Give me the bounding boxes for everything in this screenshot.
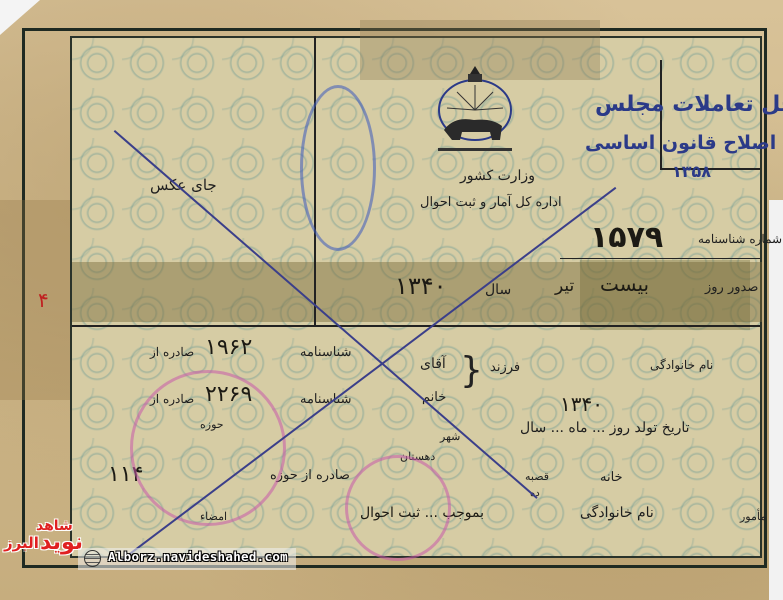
section-divider: [72, 325, 760, 327]
number-underline: [560, 258, 760, 259]
site-logo: شاهد نوید البرز: [4, 518, 82, 562]
family-name-label: نام خانوادگی: [650, 358, 713, 372]
village-label: قصبه: [525, 470, 549, 483]
stain-left: [0, 200, 70, 400]
father-id-label: شناسنامه: [300, 345, 352, 360]
brace: {: [460, 350, 483, 391]
father-label: آقای: [420, 356, 446, 372]
lion-and-sun-emblem: [432, 60, 518, 156]
header-line1: محل تعاملات مجلس: [595, 92, 783, 117]
issue-day-label: صدور روز: [705, 280, 758, 295]
father-id: ۱۹۶۲: [205, 335, 252, 360]
registrar-label: مأمور: [740, 510, 766, 523]
certificate-number-label: شماره شناسنامه: [698, 232, 782, 246]
child-of-label: فرزند: [490, 360, 520, 375]
pink-stamp-left: [130, 370, 286, 526]
header-year: ۱۳۵۸: [672, 162, 711, 181]
issue-day: بیست: [600, 272, 649, 296]
birth-date-label: تاریخ تولد روز ... ماه ... سال: [520, 420, 690, 436]
watermark-url: Alborz.navideshahed.com: [108, 549, 288, 564]
issue-month: تیر: [555, 276, 574, 296]
ministry-name: وزارت کشور: [460, 168, 535, 184]
house-label: خانه: [600, 470, 623, 485]
birth-year: ۱۳۴۰: [560, 392, 603, 416]
globe-icon: [84, 550, 101, 567]
issue-year: ۱۳۴۰: [395, 272, 447, 300]
father-issued-label: صادره از: [150, 345, 194, 359]
margin-mark: ۴: [38, 288, 49, 312]
blue-stamp: [300, 85, 376, 251]
certificate-number: ۱۵۷۹: [590, 220, 663, 255]
torn-edge-right: [769, 200, 783, 600]
pink-stamp-bottom: [345, 455, 451, 561]
family-footer-label: نام خانوادگی: [580, 505, 654, 521]
header-line2: اصلاح قانون اساسی: [585, 132, 776, 154]
department-name: اداره کل آمار و ثبت احوال: [420, 195, 562, 210]
city-label: شهر: [440, 430, 460, 443]
